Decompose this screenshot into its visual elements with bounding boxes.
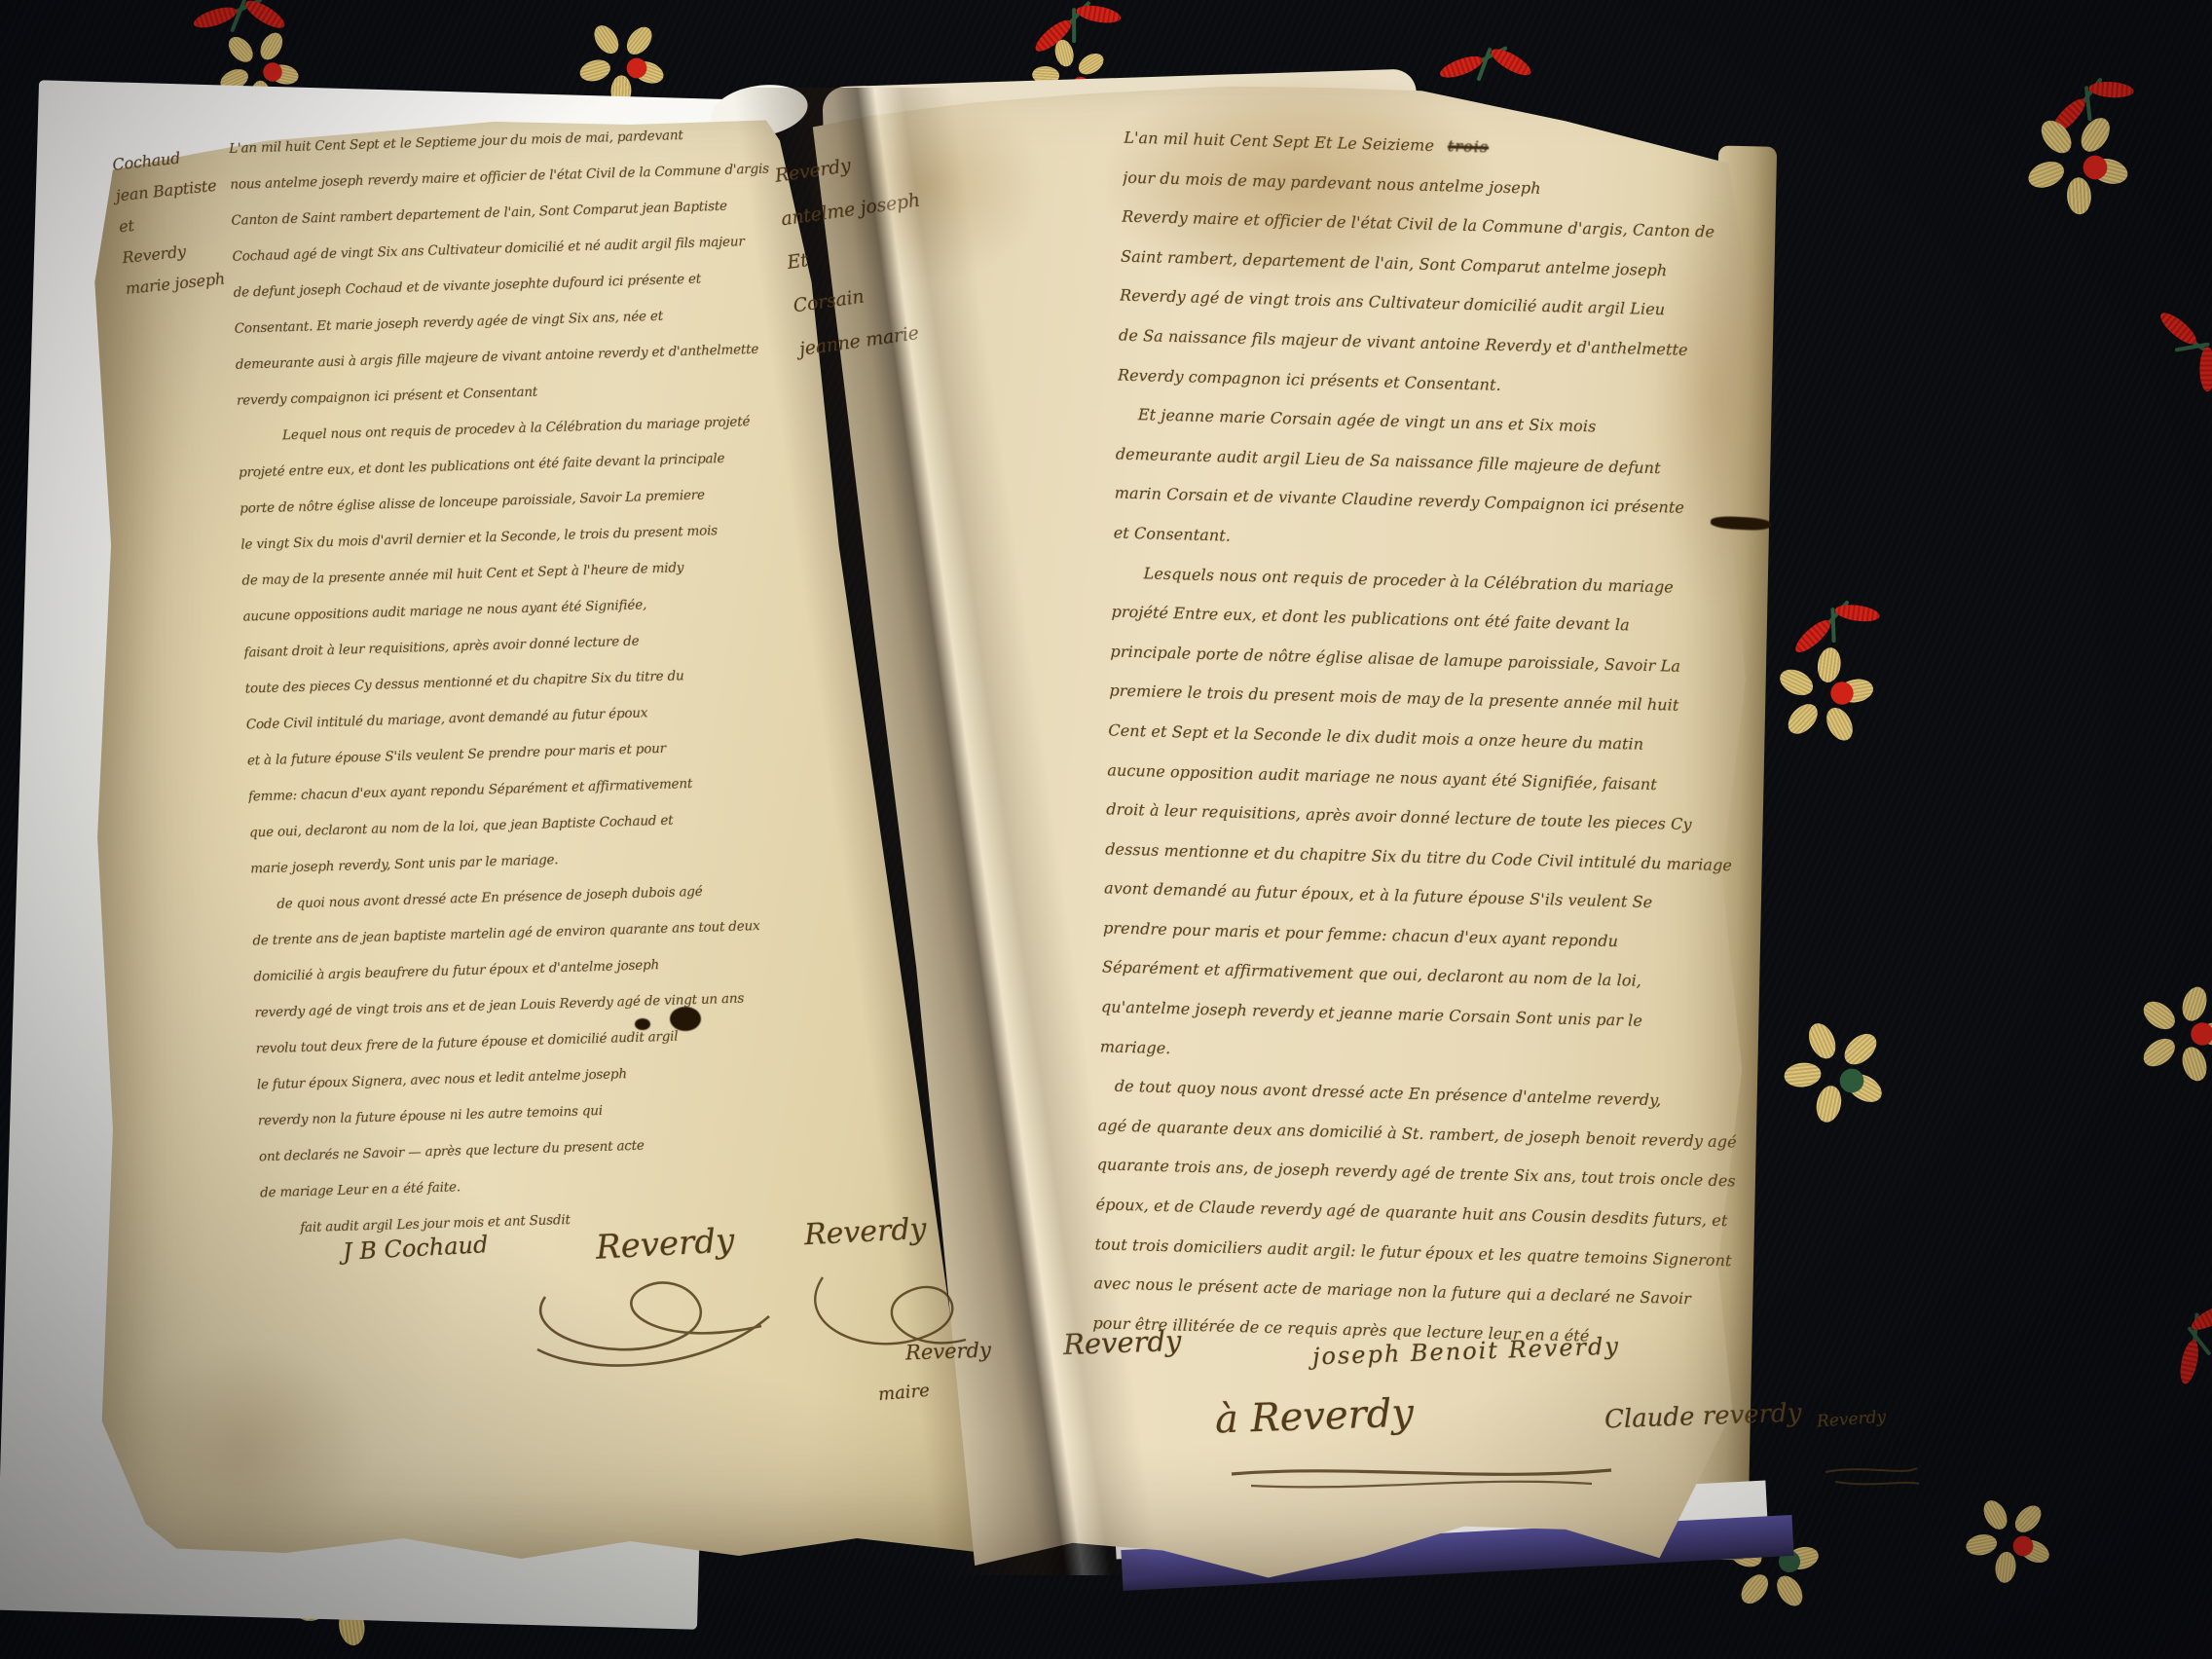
flower-petal (1813, 1084, 1844, 1124)
flower-petal (2036, 115, 2078, 159)
flower-center (2191, 1022, 2212, 1045)
bud-petal (242, 0, 288, 33)
flower-petal (589, 21, 623, 58)
bud-petal (2199, 347, 2212, 391)
embroidered-flower-icon (1791, 1020, 1913, 1142)
flower-petal (2178, 1044, 2210, 1084)
embroidered-bud-icon (2135, 291, 2212, 407)
signature-reverdy-maire: Reverdy (803, 1212, 927, 1253)
embroidered-flower-icon (1793, 645, 1891, 742)
flower-petal (1736, 1569, 1774, 1608)
bud-petal (2157, 309, 2201, 350)
flower-petal (1783, 698, 1824, 739)
flower-petal (1783, 1061, 1822, 1089)
signature-claude-reverdy: Claude reverdy (1604, 1398, 1802, 1434)
flower-petal (577, 56, 612, 85)
flower-petal (1965, 1531, 1999, 1558)
signature-reverdy-witness: Reverdy (905, 1338, 992, 1364)
signature-reverdy: Reverdy (595, 1221, 735, 1267)
bud-petal (1488, 44, 1534, 80)
flower-petal (2025, 157, 2068, 193)
struck-word: trois (1448, 136, 1490, 156)
flower-petal (2138, 996, 2180, 1035)
flower-petal (1804, 1019, 1841, 1063)
flower-petal (622, 22, 657, 59)
flower-petal (2066, 177, 2092, 215)
flower-petal (1776, 665, 1818, 701)
flower-petal (1839, 1028, 1883, 1071)
photograph-of-marriage-register: Cochaudjean BaptisteetReverdymarie josep… (0, 0, 2212, 1659)
flower-petal (1994, 1551, 2018, 1584)
embroidered-flower-icon (1973, 1496, 2073, 1596)
signature-reverdy-maire-right: Reverdy (1816, 1408, 1886, 1432)
embroidered-flower-icon (2160, 992, 2212, 1076)
bud-petal (2088, 81, 2134, 99)
flower-petal (1772, 1571, 1808, 1611)
signature-a-reverdy: à Reverdy (1214, 1390, 1414, 1442)
right-act-body: L'an mil huit Cent Sept Et Le Seiziemetr… (1091, 119, 1763, 1382)
flower-petal (1979, 1496, 2012, 1533)
bud-petal (2177, 1339, 2201, 1385)
flower-petal (2178, 983, 2210, 1023)
bud-petal (1075, 3, 1122, 26)
left-act-body: L'an mil huit Cent Sept et le Septieme j… (229, 115, 825, 1271)
left-margin-note: Cochaudjean BaptisteetReverdymarie josep… (111, 139, 228, 305)
signature-reverdy-groom: Reverdy (1062, 1324, 1181, 1361)
embroidered-bud-icon (2143, 1283, 2212, 1405)
ink-blot (670, 1007, 701, 1031)
ink-blot (635, 1018, 650, 1030)
flower-petal (1822, 703, 1859, 745)
flower-petal (2010, 1500, 2046, 1537)
flower-petal (2138, 1033, 2180, 1072)
flower-petal (1052, 38, 1076, 69)
bud-petal (1834, 603, 1881, 624)
